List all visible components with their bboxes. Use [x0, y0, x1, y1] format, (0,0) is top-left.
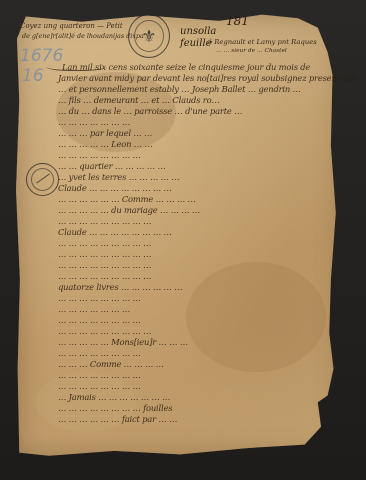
body-line: quatorze livres … … … … … … — [58, 282, 182, 292]
top-right-text-line1: ô Regnault et Lamy pnt Raques — [208, 38, 317, 46]
top-left-note-line2: de g[ene]r[alit]é de lhoudanijas dixpa — [22, 32, 144, 40]
fleur-de-lis-seal-stamp: ⚜ — [128, 14, 170, 58]
body-line: … … … … … … … … … — [58, 326, 151, 336]
side-seal-stamp — [26, 163, 59, 196]
body-line: … et personnellement estably … Joseph Ba… — [58, 84, 301, 94]
body-line: … … … … … Mons[ieu]r … … … — [58, 337, 188, 347]
body-line: … yvet les terres … … … … … — [58, 172, 179, 182]
body-line: … du … dans le … parroisse … d'une parte… — [58, 106, 242, 116]
top-right-text-line2: … … sieur de … Chastel — [216, 48, 287, 54]
body-line: Claude … … … … … … … … — [58, 183, 172, 193]
body-line: … … … … … Leon … … — [58, 139, 153, 149]
fleur-de-lis-icon: ⚜ — [141, 29, 156, 46]
pencil-year-annotation-2: 16 — [22, 66, 44, 86]
body-line: … fils … demeurant … et … Clauds ro… — [58, 95, 220, 105]
body-line: … … … … … … … — [58, 117, 130, 127]
body-line: … … … … … … … … … — [58, 238, 151, 248]
body-line: … … … … … … faict par … … — [58, 414, 177, 424]
body-line: … … … Comme … … … … — [58, 359, 164, 369]
body-line: Janvier avant midy par devant les no[tai… — [58, 73, 366, 83]
body-line: … … … … … … … … — [58, 293, 141, 303]
body-line: … … … … … … … … … — [58, 216, 151, 226]
body-line: … … … … … … … … — [58, 150, 141, 160]
manuscript-body: Lan mil six cens soixante seize le cinqu… — [58, 62, 338, 442]
body-line: … … … … … … … … … — [58, 260, 151, 270]
body-line: Claude … … … … … … … … — [58, 227, 172, 237]
body-line: … Jamais … … … … … … … — [58, 392, 170, 402]
stamp-label-unsolla: unsolla — [180, 26, 216, 37]
stamp-label-feuille: feuille — [180, 38, 212, 49]
top-left-note-line1: Coyez ung quarteron — Petit — [20, 22, 123, 30]
folio-number: 181 — [226, 14, 249, 28]
body-line: … … … … … … … … — [58, 348, 141, 358]
body-line: … … … … … … … … … — [58, 249, 151, 259]
body-line: … … … … … du mariage … … … … — [58, 205, 200, 215]
body-line: … … … … … … … … fouilles — [58, 403, 172, 413]
body-line: … … … par lequel … … — [58, 128, 152, 138]
body-line: … … … … … … … … … — [58, 271, 151, 281]
body-line: Lan mil six cens soixante seize le cinqu… — [62, 62, 310, 72]
body-line: … … … … … … … — [58, 304, 130, 314]
body-line: … … … … … … … … — [58, 315, 141, 325]
body-line: … … … … … … … … — [58, 370, 141, 380]
body-line: … … quartier … … … … … — [58, 161, 166, 171]
body-line: … … … … … … … … — [58, 381, 141, 391]
body-line: … … … … … … Comme … … … … — [58, 194, 196, 204]
